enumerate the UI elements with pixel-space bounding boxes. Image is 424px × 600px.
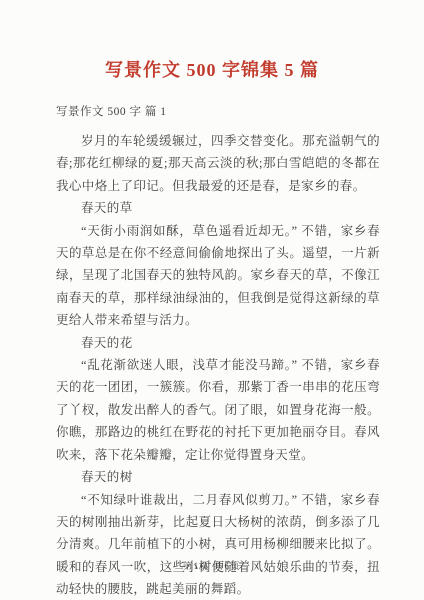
document-subtitle: 写景作文 500 字 篇 1	[0, 82, 424, 119]
section-heading: 春天的花	[56, 332, 380, 354]
document-page: 写景作文 500 字锦集 5 篇 写景作文 500 字 篇 1 岁月的车轮缓缓辗…	[0, 0, 424, 600]
document-body: 岁月的车轮缓缓辗过，四季交替变化。那充溢朝气的春;那花红柳绿的夏;那天高云淡的秋…	[0, 119, 424, 600]
body-paragraph: “天街小雨润如酥，草色遥看近却无。” 不错，家乡春天的草总是在你不经意间偷偷地探…	[56, 220, 380, 332]
body-paragraph: “不知绿叶谁裁出，二月春风似剪刀。” 不错，家乡春天的树刚抽出新芽，比起夏日大杨…	[56, 489, 380, 600]
section-heading: 春天的草	[56, 197, 380, 219]
body-paragraph: 岁月的车轮缓缓辗过，四季交替变化。那充溢朝气的春;那花红柳绿的夏;那天高云淡的秋…	[56, 130, 380, 197]
document-title: 写景作文 500 字锦集 5 篇	[0, 0, 424, 82]
body-paragraph: “乱花渐欲迷人眼，浅草才能没马蹄。” 不错，家乡春天的花一团团，一簇簇。你看，那…	[56, 354, 380, 466]
section-heading: 春天的树	[56, 466, 380, 488]
page-number-footer: 第1页 共6页	[0, 559, 424, 572]
